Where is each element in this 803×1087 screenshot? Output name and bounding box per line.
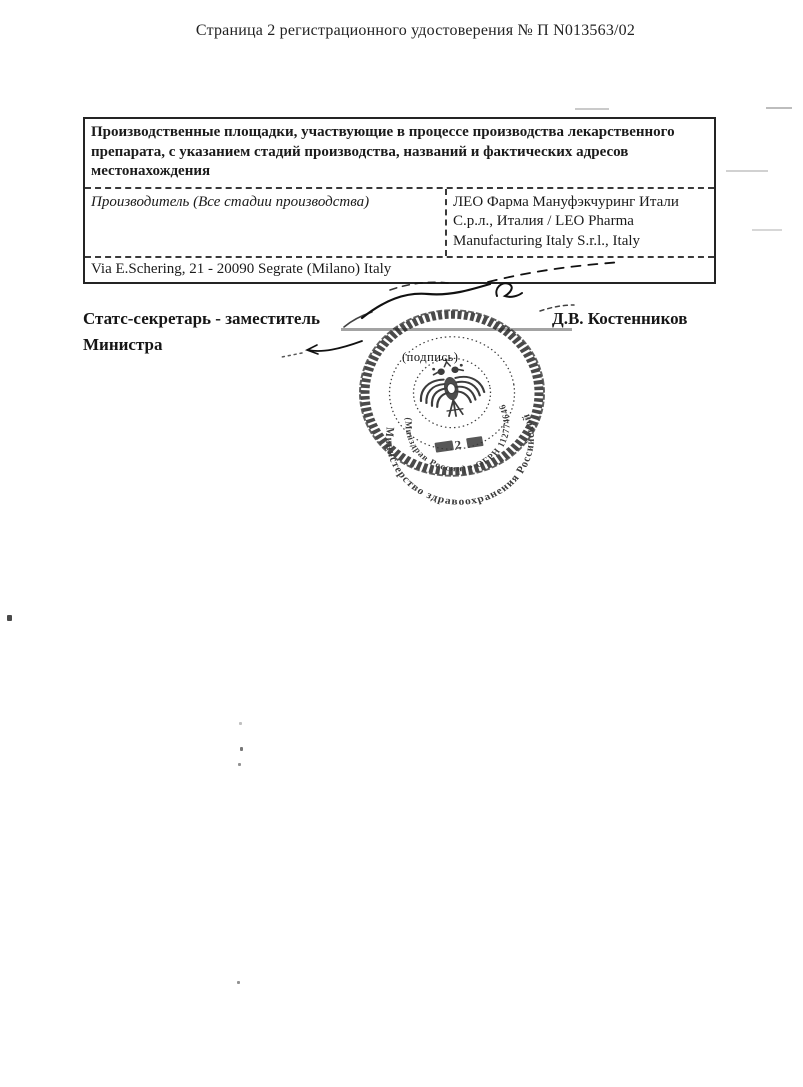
certificate-page: Страница 2 регистрационного удостоверени…	[0, 0, 803, 1087]
scan-artifact	[766, 107, 792, 109]
signature-stroke-main	[362, 284, 490, 318]
handwritten-signature	[270, 240, 740, 520]
signature-stroke-arrowhead	[307, 345, 318, 354]
scan-artifact	[575, 108, 609, 110]
signature-stroke-dashed	[390, 282, 448, 290]
scan-speck	[239, 722, 242, 725]
page-title: Страница 2 регистрационного удостоверени…	[14, 22, 803, 40]
signature-stroke-curl	[496, 283, 522, 297]
signature-stroke-dotted	[540, 305, 574, 311]
signature-stroke-dots	[282, 353, 302, 357]
scan-speck	[238, 763, 241, 766]
scan-speck	[237, 981, 240, 984]
scan-artifact	[752, 229, 782, 231]
scan-speck	[7, 615, 12, 621]
table-header: Производственные площадки, участвующие в…	[85, 119, 714, 189]
scan-artifact	[726, 170, 768, 172]
scan-speck	[240, 747, 243, 751]
signature-stroke	[344, 312, 372, 327]
signature-stroke-dashed	[488, 262, 622, 282]
